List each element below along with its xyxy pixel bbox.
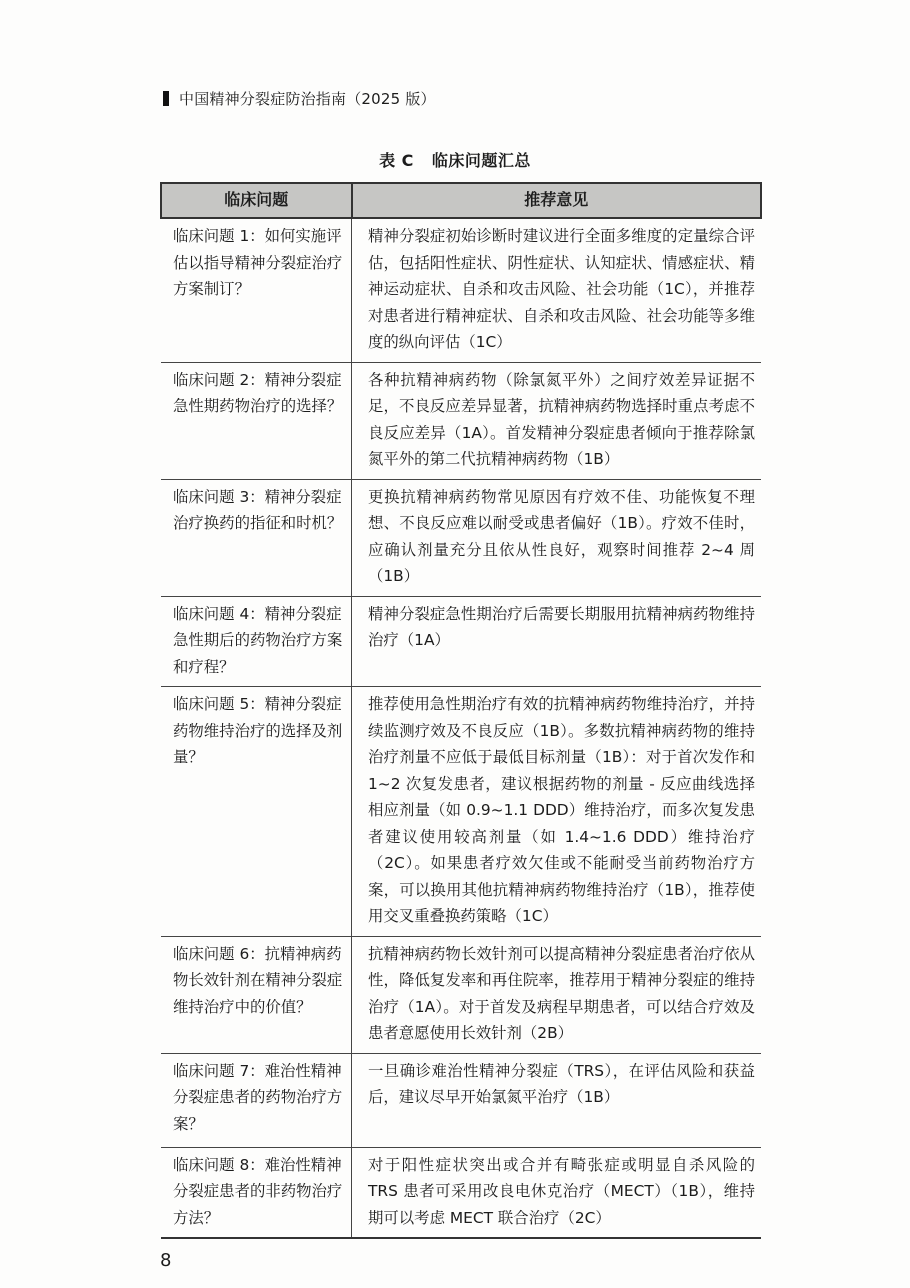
table-row: 临床问题 7：难治性精神分裂症患者的药物治疗方案？ 一旦确诊难治性精神分裂症（T… bbox=[161, 1053, 761, 1147]
table-label: 表 C bbox=[379, 151, 414, 170]
question-cell: 临床问题 7：难治性精神分裂症患者的药物治疗方案？ bbox=[161, 1053, 352, 1147]
question-cell: 临床问题 6：抗精神病药物长效针剂在精神分裂症维持治疗中的价值？ bbox=[161, 936, 352, 1053]
recommendation-cell: 推荐使用急性期治疗有效的抗精神病药物维持治疗，并持续监测疗效及不良反应（1B）。… bbox=[352, 687, 762, 937]
table-header-row: 临床问题 推荐意见 bbox=[161, 183, 761, 218]
question-cell: 临床问题 4：精神分裂症急性期后的药物治疗方案和疗程？ bbox=[161, 596, 352, 687]
recommendation-cell: 一旦确诊难治性精神分裂症（TRS），在评估风险和获益后，建议尽早开始氯氮平治疗（… bbox=[352, 1053, 762, 1147]
recommendation-cell: 各种抗精神病药物（除氯氮平外）之间疗效差异证据不足，不良反应差异显著，抗精神病药… bbox=[352, 362, 762, 479]
section-marker-icon bbox=[163, 91, 169, 106]
question-cell: 临床问题 2：精神分裂症急性期药物治疗的选择？ bbox=[161, 362, 352, 479]
table-row: 临床问题 4：精神分裂症急性期后的药物治疗方案和疗程？ 精神分裂症急性期治疗后需… bbox=[161, 596, 761, 687]
column-header-recommendation: 推荐意见 bbox=[352, 183, 762, 218]
recommendation-cell: 对于阳性症状突出或合并有畸张症或明显自杀风险的 TRS 患者可采用改良电休克治疗… bbox=[352, 1147, 762, 1238]
table-row: 临床问题 5：精神分裂症药物维持治疗的选择及剂量？ 推荐使用急性期治疗有效的抗精… bbox=[161, 687, 761, 937]
table-row: 临床问题 8：难治性精神分裂症患者的非药物治疗方法？ 对于阳性症状突出或合并有畸… bbox=[161, 1147, 761, 1238]
table-row: 临床问题 6：抗精神病药物长效针剂在精神分裂症维持治疗中的价值？ 抗精神病药物长… bbox=[161, 936, 761, 1053]
question-cell: 临床问题 8：难治性精神分裂症患者的非药物治疗方法？ bbox=[161, 1147, 352, 1238]
question-cell: 临床问题 3：精神分裂症治疗换药的指征和时机？ bbox=[161, 479, 352, 596]
table-row: 临床问题 1：如何实施评估以指导精神分裂症治疗方案制订？ 精神分裂症初始诊断时建… bbox=[161, 218, 761, 362]
running-head-title: 中国精神分裂症防治指南（2025 版） bbox=[179, 88, 436, 109]
recommendation-cell: 精神分裂症急性期治疗后需要长期服用抗精神病药物维持治疗（1A） bbox=[352, 596, 762, 687]
recommendation-cell: 精神分裂症初始诊断时建议进行全面多维度的定量综合评估，包括阳性症状、阴性症状、认… bbox=[352, 218, 762, 362]
page-number: 8 bbox=[160, 1250, 171, 1271]
running-head: 中国精神分裂症防治指南（2025 版） bbox=[163, 88, 436, 109]
table-caption: 表 C临床问题汇总 bbox=[0, 148, 910, 171]
question-cell: 临床问题 5：精神分裂症药物维持治疗的选择及剂量？ bbox=[161, 687, 352, 937]
question-cell: 临床问题 1：如何实施评估以指导精神分裂症治疗方案制订？ bbox=[161, 218, 352, 362]
table-row: 临床问题 3：精神分裂症治疗换药的指征和时机？ 更换抗精神病药物常见原因有疗效不… bbox=[161, 479, 761, 596]
clinical-questions-table: 临床问题 推荐意见 临床问题 1：如何实施评估以指导精神分裂症治疗方案制订？ 精… bbox=[160, 182, 762, 1239]
table-row: 临床问题 2：精神分裂症急性期药物治疗的选择？ 各种抗精神病药物（除氯氮平外）之… bbox=[161, 362, 761, 479]
recommendation-cell: 更换抗精神病药物常见原因有疗效不佳、功能恢复不理想、不良反应难以耐受或患者偏好（… bbox=[352, 479, 762, 596]
recommendation-cell: 抗精神病药物长效针剂可以提高精神分裂症患者治疗依从性，降低复发率和再住院率，推荐… bbox=[352, 936, 762, 1053]
column-header-question: 临床问题 bbox=[161, 183, 352, 218]
table-title: 临床问题汇总 bbox=[432, 151, 531, 170]
